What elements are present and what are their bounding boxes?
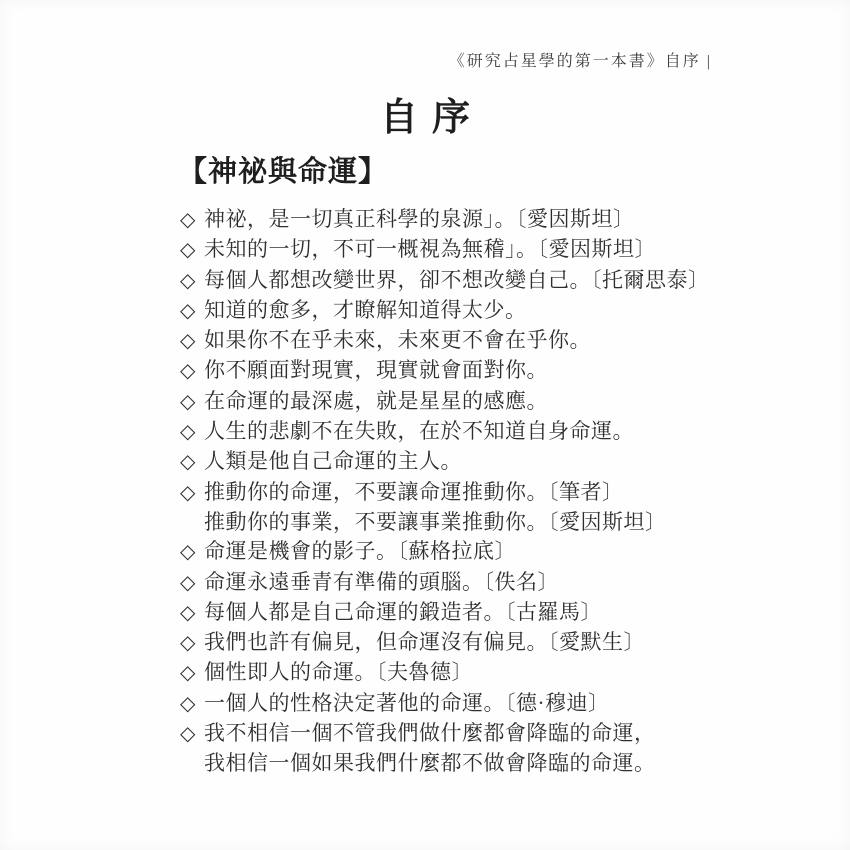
quote-line: ◇每個人都是自己命運的鍛造者。〔古羅馬〕 [180, 598, 740, 628]
quote-line: ◇人生的悲劇不在失敗，在於不知道自身命運。 [180, 417, 740, 447]
quote-text: 人生的悲劇不在失敗，在於不知道自身命運。 [204, 417, 634, 446]
quote-text: 如果你不在乎未來，未來更不會在乎你。 [204, 326, 591, 355]
quote-line: ◇推動你的命運，不要讓命運推動你。〔筆者〕 [180, 478, 740, 508]
quote-text: 未知的一切，不可一概視為無稽」。〔愛因斯坦〕 [204, 235, 656, 264]
diamond-bullet-icon: ◇ [180, 538, 204, 567]
diamond-bullet-icon: ◇ [180, 206, 204, 235]
quote-line: ◇我不相信一個不管我們做什麼都會降臨的命運， [180, 719, 740, 749]
quote-line: ◇一個人的性格決定著他的命運。〔德·穆迪〕 [180, 689, 740, 719]
quote-line: ◇你不願面對現實，現實就會面對你。 [180, 356, 740, 386]
diamond-bullet-icon: ◇ [180, 357, 204, 386]
diamond-bullet-icon: ◇ [180, 448, 204, 477]
diamond-bullet-icon: ◇ [180, 479, 204, 508]
section-heading: 【神祕與命運】 [178, 149, 388, 190]
book-page: 《研究占星學的第一本書》自序 | 自序 【神祕與命運】 ◇神祕，是一切真正科學的… [0, 0, 850, 850]
quote-text: 命運永遠垂青有準備的頭腦。〔佚名〕 [204, 568, 559, 597]
quote-line: ◇如果你不在乎未來，未來更不會在乎你。 [180, 326, 740, 356]
diamond-bullet-icon: ◇ [180, 720, 204, 749]
quote-line: ◇個性即人的命運。〔夫魯德〕 [180, 658, 740, 688]
quote-line: ◇神祕，是一切真正科學的泉源」。〔愛因斯坦〕 [180, 205, 740, 235]
page-title: 自序 [0, 86, 850, 141]
quote-text: 每個人都想改變世界，卻不想改變自己。〔托爾思泰〕 [204, 266, 710, 295]
quote-text: 人類是他自己命運的主人。 [204, 447, 462, 476]
diamond-bullet-icon: ◇ [180, 659, 204, 688]
quote-line: ◇人類是他自己命運的主人。 [180, 447, 740, 477]
quote-text: 個性即人的命運。〔夫魯德〕 [204, 658, 473, 687]
diamond-bullet-icon: ◇ [180, 297, 204, 326]
diamond-bullet-icon: ◇ [180, 569, 204, 598]
quote-text: 你不願面對現實，現實就會面對你。 [204, 356, 548, 385]
running-header: 《研究占星學的第一本書》自序 | [449, 48, 712, 71]
quote-text: 推動你的命運，不要讓命運推動你。〔筆者〕 [204, 478, 624, 507]
diamond-bullet-icon: ◇ [180, 418, 204, 447]
quote-text: 一個人的性格決定著他的命運。〔德·穆迪〕 [204, 689, 610, 718]
quote-line: ◇命運永遠垂青有準備的頭腦。〔佚名〕 [180, 568, 740, 598]
diamond-bullet-icon: ◇ [180, 267, 204, 296]
quote-list: ◇神祕，是一切真正科學的泉源」。〔愛因斯坦〕 ◇未知的一切，不可一概視為無稽」。… [180, 205, 740, 779]
quote-line: ◇每個人都想改變世界，卻不想改變自己。〔托爾思泰〕 [180, 266, 740, 296]
quote-line: ◇在命運的最深處，就是星星的感應。 [180, 387, 740, 417]
quote-text: 我相信一個如果我們什麼都不做會降臨的命運。 [204, 749, 656, 778]
quote-text: 神祕，是一切真正科學的泉源」。〔愛因斯坦〕 [204, 205, 635, 234]
quote-text: 每個人都是自己命運的鍛造者。〔古羅馬〕 [204, 598, 602, 627]
quote-line: ◇知道的愈多，才瞭解知道得太少。 [180, 296, 740, 326]
diamond-bullet-icon: ◇ [180, 388, 204, 417]
diamond-bullet-icon: ◇ [180, 629, 204, 658]
quote-line: ◇命運是機會的影子。〔蘇格拉底〕 [180, 537, 740, 567]
diamond-bullet-icon: ◇ [180, 690, 204, 719]
quote-text: 在命運的最深處，就是星星的感應。 [204, 387, 548, 416]
quote-text: 我不相信一個不管我們做什麼都會降臨的命運， [204, 719, 656, 748]
quote-text: 我們也許有偏見，但命運沒有偏見。〔愛默生〕 [204, 628, 645, 657]
quote-text: 知道的愈多，才瞭解知道得太少。 [204, 296, 527, 325]
diamond-bullet-icon: ◇ [180, 236, 204, 265]
quote-line: ◇我們也許有偏見，但命運沒有偏見。〔愛默生〕 [180, 628, 740, 658]
diamond-bullet-icon: ◇ [180, 327, 204, 356]
quote-line-continuation: 我相信一個如果我們什麼都不做會降臨的命運。 [180, 749, 740, 778]
quote-line: ◇未知的一切，不可一概視為無稽」。〔愛因斯坦〕 [180, 235, 740, 265]
diamond-bullet-icon: ◇ [180, 599, 204, 628]
quote-line-continuation: 推動你的事業，不要讓事業推動你。〔愛因斯坦〕 [180, 508, 740, 537]
quote-text: 命運是機會的影子。〔蘇格拉底〕 [204, 537, 516, 566]
quote-text: 推動你的事業，不要讓事業推動你。〔愛因斯坦〕 [204, 508, 667, 537]
